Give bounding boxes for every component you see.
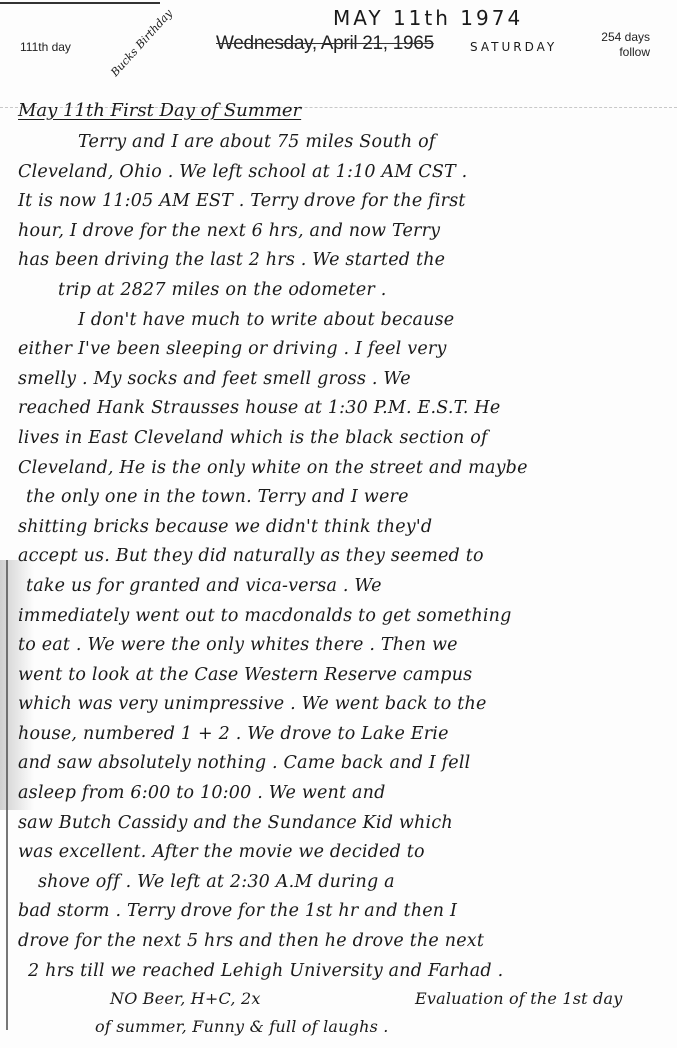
- days-follow-label: follow: [601, 45, 650, 60]
- entry-line: take us for granted and vica-versa . We: [18, 572, 668, 602]
- footer-evaluation: Evaluation of the 1st day: [415, 985, 622, 1013]
- entry-line: Cleveland, Ohio . We left school at 1:10…: [18, 158, 668, 188]
- entry-line: has been driving the last 2 hrs . We sta…: [18, 246, 668, 276]
- days-follow: 254 days follow: [601, 30, 650, 60]
- entry-line: asleep from 6:00 to 10:00 . We went and: [18, 779, 668, 809]
- days-follow-count: 254 days: [601, 30, 650, 45]
- entry-line: It is now 11:05 AM EST . Terry drove for…: [18, 187, 668, 217]
- entry-line: immediately went out to macdonalds to ge…: [18, 602, 668, 632]
- entry-line: was excellent. After the movie we decide…: [18, 838, 668, 868]
- top-rule: [0, 2, 160, 4]
- entry-line: shitting bricks because we didn't think …: [18, 513, 668, 543]
- entry-line: reached Hank Strausses house at 1:30 P.M…: [18, 394, 668, 424]
- day-of-year: 111th day: [20, 40, 71, 54]
- diary-page: 111th day Wednesday, April 21, 1965 254 …: [0, 0, 677, 1048]
- entry-body: Terry and I are about 75 miles South ofC…: [18, 128, 668, 986]
- entry-line: 2 hrs till we reached Lehigh University …: [18, 957, 668, 987]
- entry-title: May 11th First Day of Summer: [18, 100, 301, 121]
- handwritten-date: MAY 11th 1974: [333, 6, 523, 30]
- handwritten-birthday-note: Bucks Birthday: [108, 7, 175, 79]
- entry-line: Cleveland, He is the only white on the s…: [18, 454, 668, 484]
- entry-line: to eat . We were the only whites there .…: [18, 631, 668, 661]
- entry-line: hour, I drove for the next 6 hrs, and no…: [18, 217, 668, 247]
- entry-line: trip at 2827 miles on the odometer .: [18, 276, 668, 306]
- entry-line: house, numbered 1 + 2 . We drove to Lake…: [18, 720, 668, 750]
- entry-line: accept us. But they did naturally as the…: [18, 542, 668, 572]
- entry-line: and saw absolutely nothing . Came back a…: [18, 749, 668, 779]
- entry-line: shove off . We left at 2:30 A.M during a: [18, 868, 668, 898]
- footer-evaluation-continued: of summer, Funny & full of laughs .: [95, 1013, 389, 1041]
- entry-line: I don't have much to write about because: [18, 306, 668, 336]
- entry-line: the only one in the town. Terry and I we…: [18, 483, 668, 513]
- entry-line: went to look at the Case Western Reserve…: [18, 661, 668, 691]
- handwritten-weekday: SATURDAY: [470, 40, 557, 54]
- entry-line: lives in East Cleveland which is the bla…: [18, 424, 668, 454]
- binding-edge: [6, 560, 8, 1030]
- printed-date: Wednesday, April 21, 1965: [216, 33, 434, 55]
- entry-line: drove for the next 5 hrs and then he dro…: [18, 927, 668, 957]
- footer-note-left: NO Beer, H+C, 2x: [110, 985, 261, 1013]
- entry-line: Terry and I are about 75 miles South of: [18, 128, 668, 158]
- entry-line: either I've been sleeping or driving . I…: [18, 335, 668, 365]
- entry-line: which was very unimpressive . We went ba…: [18, 690, 668, 720]
- entry-line: saw Butch Cassidy and the Sundance Kid w…: [18, 809, 668, 839]
- entry-line: bad storm . Terry drove for the 1st hr a…: [18, 897, 668, 927]
- entry-line: smelly . My socks and feet smell gross .…: [18, 365, 668, 395]
